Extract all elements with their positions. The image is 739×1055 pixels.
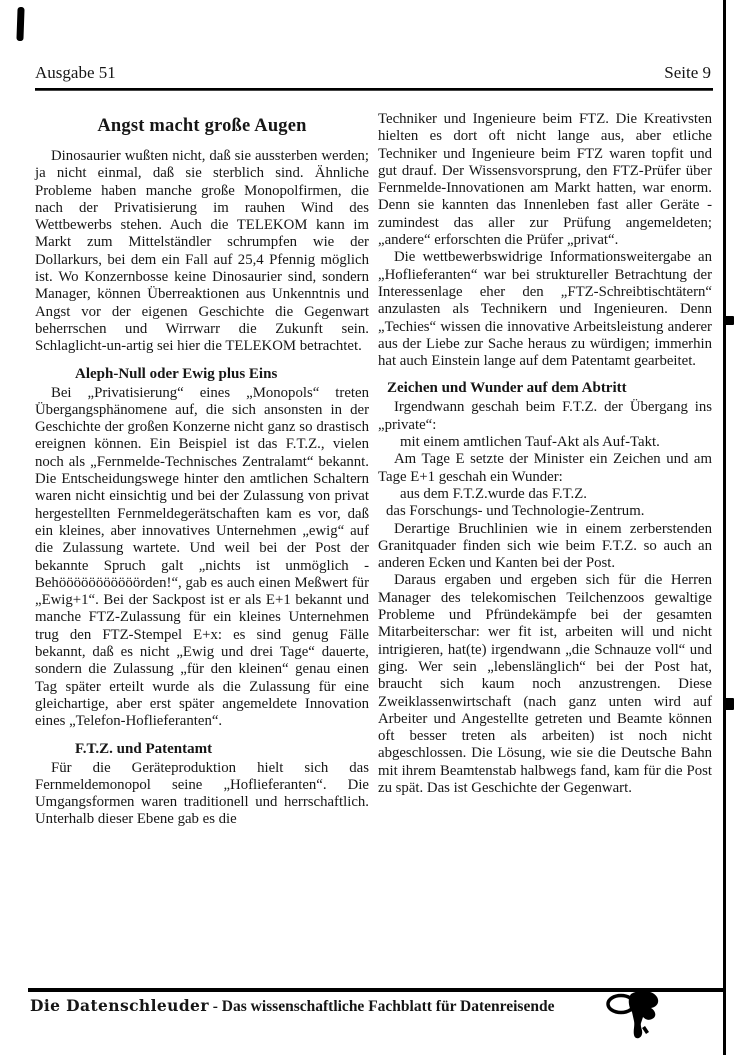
article-body: Angst macht große Augen Dinosaurier wußt… <box>35 111 713 829</box>
publication-brand: Die Datenschleuder <box>30 996 209 1015</box>
scan-smudge-artifact <box>16 7 24 41</box>
verse-line-forschungszentrum: das Forschungs- und Technologie-Zentrum. <box>386 503 712 520</box>
page-number: Seite 9 <box>664 63 711 83</box>
scan-edge-mark <box>725 316 734 325</box>
issue-label: Ausgabe 51 <box>35 63 116 83</box>
section-heading-zeichen-wunder: Zeichen und Wunder auf dem Abtritt <box>387 380 712 397</box>
section-heading-aleph-null: Aleph-Null oder Ewig plus Eins <box>75 366 369 383</box>
article-title: Angst macht große Augen <box>35 116 369 137</box>
paragraph-dinosaurier: Dinosaurier wußten nicht, daß sie ausste… <box>35 148 369 356</box>
verse-line-tage-e: Am Tage E setzte der Minister ein Zeiche… <box>378 451 712 486</box>
verse-line-tauf-akt: mit einem amtlichen Tauf-Akt als Auf-Tak… <box>400 434 712 451</box>
paragraph-techniker: Techniker und Ingenieure beim FTZ. Die K… <box>378 111 712 249</box>
scanned-magazine-page: Ausgabe 51 Seite 9 Angst macht große Aug… <box>0 0 739 1055</box>
verse-line-ftz-wurde: aus dem F.T.Z.wurde das F.T.Z. <box>400 486 712 503</box>
left-column: Angst macht große Augen Dinosaurier wußt… <box>35 111 369 829</box>
footer-line: Die Datenschleuder - Das wissenschaftlic… <box>30 996 554 1016</box>
paragraph-teilchenzoo: Daraus ergaben und ergeben sich für die … <box>378 572 712 797</box>
right-column: Techniker und Ingenieure beim FTZ. Die K… <box>378 111 712 829</box>
publication-tagline: - Das wissenschaftliche Fachblatt für Da… <box>209 998 555 1015</box>
page-header: Ausgabe 51 Seite 9 <box>35 63 711 83</box>
paragraph-uebergang-intro: Irgendwann geschah beim F.T.Z. der Überg… <box>378 399 712 434</box>
datenschleuder-hand-icon <box>605 990 667 1042</box>
paragraph-privatisierung: Bei „Privatisierung“ eines „Monopols“ tr… <box>35 385 369 731</box>
header-rule <box>35 88 713 91</box>
section-heading-ftz-patentamt: F.T.Z. und Patentamt <box>75 741 369 758</box>
paragraph-bruchlinien: Derartige Bruchlinien wie in einem zerbe… <box>378 521 712 573</box>
paragraph-geraeteproduktion: Für die Geräteproduktion hielt sich das … <box>35 760 369 829</box>
scan-edge-line <box>723 0 726 1055</box>
paragraph-informationsweitergabe: Die wettbewerbswidrige Informationsweite… <box>378 249 712 370</box>
scan-edge-mark <box>725 698 734 710</box>
